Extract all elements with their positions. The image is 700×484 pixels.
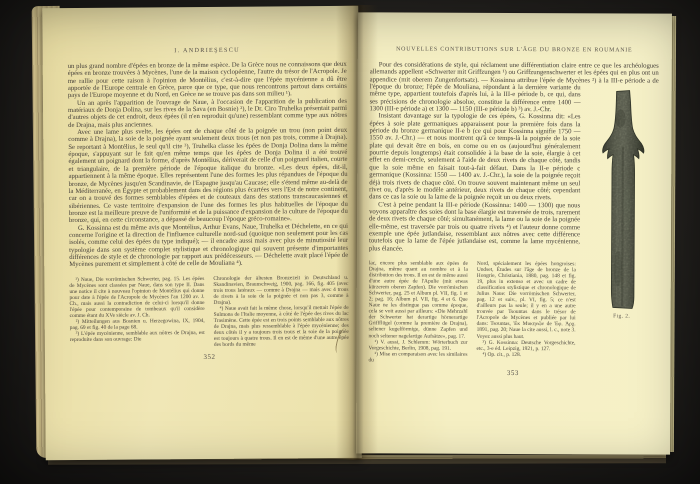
paragraph: G. Kossinna est du même avis que Montéli… bbox=[69, 222, 348, 268]
figure-block: Fig. 2. bbox=[582, 62, 663, 318]
left-page: I. ANDRIEŞESCU un plus grand nombre d'ép… bbox=[42, 6, 362, 460]
footnote: ³) G. Kossinna: Deutsche Vorgeschichte, … bbox=[476, 339, 575, 352]
figure-caption: Fig. 2. bbox=[582, 313, 662, 321]
book-photo: I. ANDRIEŞESCU un plus grand nombre d'ép… bbox=[0, 0, 700, 484]
footnote: ³) L'épée mycénienne, semblable aux nôtr… bbox=[70, 330, 205, 343]
left-page-number: 352 bbox=[70, 352, 349, 362]
footnote: lac, encore plus semblable aux épées de … bbox=[369, 260, 468, 339]
right-body-text: Fig. 2. Pour des considérations de style… bbox=[369, 61, 659, 253]
footnote: ¹) V. aussi, J. Schlemm: Wörterbuch zur … bbox=[368, 339, 467, 352]
footnote-column: lac, encore plus semblable aux épées de … bbox=[368, 260, 467, 363]
footnote: Nord, spécialement les épées hongroises:… bbox=[477, 261, 576, 340]
footnote: ⁴) Op. cit., p. 128. bbox=[476, 351, 575, 357]
paragraph: un plus grand nombre d'épées en bronze d… bbox=[68, 61, 347, 100]
left-body-text: un plus grand nombre d'épées en bronze d… bbox=[68, 61, 349, 269]
left-footnotes: ¹) Naue, Die vorrömischen Schwerter, pag… bbox=[69, 274, 349, 349]
footnote: ¹) Naue, Die vorrömischen Schwerter, pag… bbox=[69, 276, 204, 319]
footnote: Chronologie der ältesten Bronzezeit in D… bbox=[213, 274, 348, 305]
right-page-number: 353 bbox=[368, 368, 657, 377]
footnote: ²) Mise en comparaison avec les similair… bbox=[368, 351, 467, 364]
paragraph: Un an après l'apparition de l'ouvrage de… bbox=[68, 98, 347, 130]
right-running-head: NOUVELLES CONTRIBUTIONS SUR L'ÂGE DU BRO… bbox=[370, 46, 659, 53]
right-footnotes: lac, encore plus semblable aux épées de … bbox=[368, 260, 575, 364]
footnote-column: ¹) Naue, Die vorrömischen Schwerter, pag… bbox=[69, 276, 205, 350]
footnote: ²) Mitteilungen aus Bosnien u. Herzegowi… bbox=[70, 318, 205, 331]
footnote: ⁴) Naue avait fait la même chose, lorsqu… bbox=[214, 305, 349, 348]
paragraph: Avec une lame plus svelte, les épées ont… bbox=[68, 127, 348, 225]
footnote-column: Chronologie der ältesten Bronzezeit in D… bbox=[213, 274, 349, 348]
right-page: NOUVELLES CONTRIBUTIONS SUR L'ÂGE DU BRO… bbox=[356, 12, 672, 454]
footnote-column: Nord, spécialement les épées hongroises:… bbox=[476, 261, 575, 364]
left-running-head: I. ANDRIEŞESCU bbox=[68, 46, 347, 55]
bronze-sword-figure-image bbox=[596, 88, 649, 310]
